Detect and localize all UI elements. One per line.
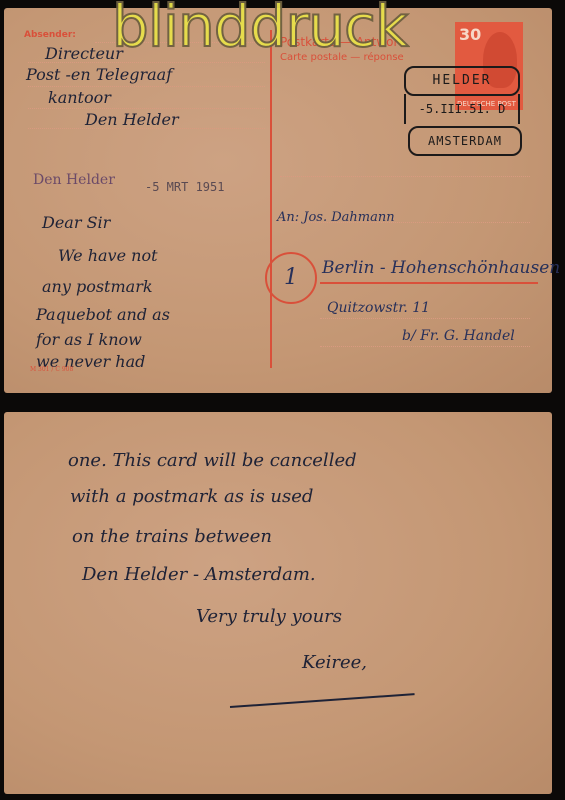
cancel-top: HELDER [404,66,520,96]
received-stamp-place: Den Helder [33,172,115,188]
card-divider [270,30,272,368]
back-line-3: on the trains between [72,526,272,547]
back-line-2: with a postmark as is used [70,486,313,507]
recipient-name: An: Jos. Dahmann [277,210,395,225]
postal-zone-circle: 1 [265,252,317,304]
address-line [28,108,265,109]
recipient-line [280,176,530,177]
closing: Very truly yours [196,606,342,627]
message-line-2: We have not [58,246,158,265]
sender-line-3: kantoor [48,88,111,107]
recipient-street: Quitzowstr. 11 [327,300,430,316]
city-underline [320,282,538,284]
recipient-city: Berlin - Hohenschönhausen [322,258,560,278]
cancel-date: -5.III.51. D [404,94,520,124]
back-line-4: Den Helder - Amsterdam. [82,564,316,585]
signature: Keiree, [302,652,367,673]
railway-cancellation: HELDER -5.III.51. D AMSTERDAM [400,66,520,166]
watermark: blinddruck [112,0,408,60]
message-line-4: Paquebot and as [36,305,170,324]
back-line-1: one. This card will be cancelled [68,450,357,471]
recipient-line [320,346,530,347]
postal-zone: 1 [267,254,315,302]
message-line-3: any postmark [42,277,153,296]
sender-label: Absender: [24,30,76,40]
cancel-bottom: AMSTERDAM [408,126,522,156]
print-code: M 301 / C 908 [30,366,73,373]
sender-line-4: Den Helder [85,110,179,129]
recipient-line [320,318,530,319]
recipient-care-of: b/ Fr. G. Handel [402,328,515,344]
sender-line-2: Post -en Telegraaf [26,65,172,84]
message-line-5: for as I know [36,330,142,349]
received-stamp-date: -5 MRT 1951 [145,180,224,194]
message-line-1: Dear Sir [42,213,110,232]
stamp-value: 30 [459,25,481,44]
address-line [28,86,265,87]
